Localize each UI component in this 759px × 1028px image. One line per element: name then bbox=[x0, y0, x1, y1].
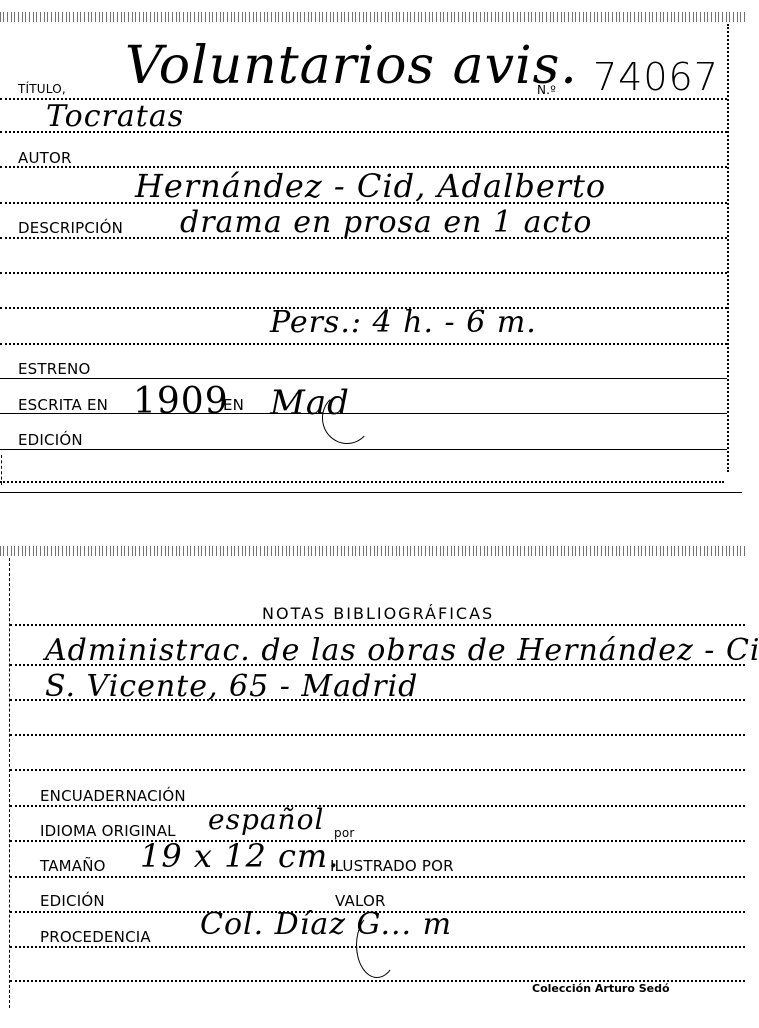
escrita-year: 1909 bbox=[133, 384, 229, 420]
rule-line bbox=[0, 481, 724, 483]
autor-value: Hernández - Cid, Adalberto bbox=[135, 170, 606, 202]
edicion-label: EDICIÓN bbox=[18, 433, 83, 448]
notas-line-2: S. Vicente, 65 - Madrid bbox=[45, 672, 418, 702]
personajes-value: Pers.: 4 h. - 6 m. bbox=[270, 308, 537, 338]
card-separator bbox=[0, 492, 742, 493]
escrita-en-label: ESCRITA EN bbox=[18, 398, 108, 413]
notas-line-1: Administrac. de las obras de Hernández -… bbox=[45, 636, 759, 666]
procedencia-value: Col. Díaz G... m bbox=[200, 910, 452, 940]
rule-line bbox=[10, 734, 745, 736]
en-label: EN bbox=[223, 398, 244, 413]
scan-edge-noise bbox=[0, 546, 745, 556]
erasure-mark bbox=[322, 392, 372, 444]
tamano-label: TAMAÑO bbox=[40, 859, 106, 874]
titulo-value-line1: Voluntarios avis. bbox=[125, 40, 578, 92]
rule-line bbox=[10, 624, 745, 626]
encuadernacion-label: ENCUADERNACIÓN bbox=[40, 789, 186, 804]
rule-line bbox=[0, 378, 727, 379]
rule-line bbox=[10, 805, 745, 807]
descripcion-value: drama en prosa en 1 acto bbox=[180, 208, 592, 238]
collection-footer: Colección Arturo Sedó bbox=[532, 982, 670, 995]
procedencia-label: PROCEDENCIA bbox=[40, 930, 151, 945]
titulo-value-line2: Tocratas bbox=[46, 102, 184, 132]
notas-heading: NOTAS BIBLIOGRÁFICAS bbox=[262, 604, 494, 623]
numero-value: 74067 bbox=[593, 58, 719, 96]
descripcion-label: DESCRIPCIÓN bbox=[18, 221, 123, 236]
estreno-label: ESTRENO bbox=[18, 362, 91, 377]
card-right-border bbox=[727, 24, 729, 472]
rule-line bbox=[0, 449, 727, 450]
catalog-card-back: NOTAS BIBLIOGRÁFICAS Administrac. de las… bbox=[0, 540, 759, 1028]
rule-line bbox=[10, 876, 745, 878]
scan-edge-noise bbox=[0, 12, 745, 22]
catalog-card-front: TÍTULO, Voluntarios avis. N.º 74067 Tocr… bbox=[0, 0, 759, 495]
tamano-value: 19 x 12 cm. bbox=[140, 840, 339, 872]
autor-label: AUTOR bbox=[18, 151, 72, 166]
ilustrado-por-label: ILUSTRADO POR bbox=[330, 859, 454, 874]
rule-line bbox=[10, 840, 745, 842]
rule-line bbox=[0, 272, 727, 274]
titulo-label: TÍTULO, bbox=[18, 83, 66, 95]
rule-line bbox=[0, 343, 727, 345]
idioma-original-value: español bbox=[208, 806, 324, 834]
rule-line bbox=[10, 769, 745, 771]
numero-label: N.º bbox=[537, 84, 556, 96]
erasure-mark bbox=[356, 912, 398, 978]
edicion-label: EDICIÓN bbox=[40, 894, 105, 909]
